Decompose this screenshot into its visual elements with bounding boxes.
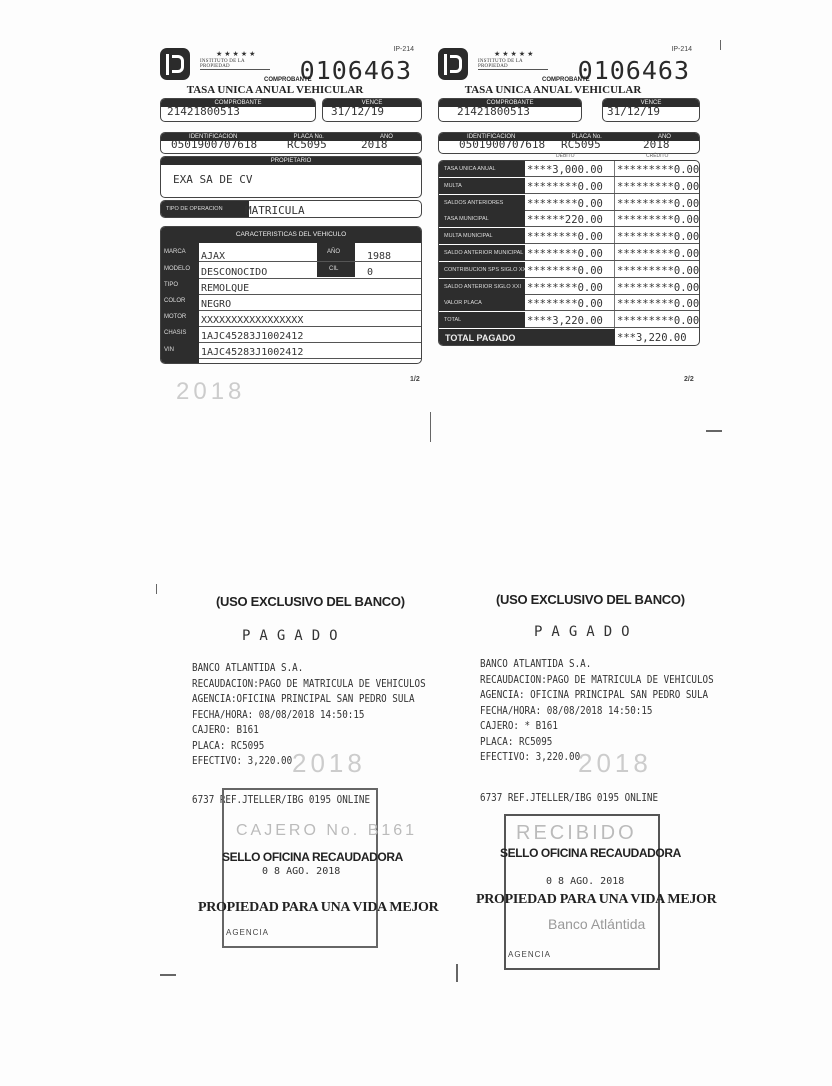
receipt-line: BANCO ATLANTIDA S.A. (480, 658, 591, 670)
color-value: NEGRO (201, 299, 231, 310)
sello-oficina: SELLO OFICINA RECAUDADORA (500, 846, 681, 860)
vence-date: 31/12/19 (607, 105, 660, 118)
fee-credito: *********0.00 (617, 282, 699, 294)
tipo-label: TIPO (164, 282, 178, 288)
fee-row-label: TOTAL (439, 312, 525, 328)
total-pagado-label: TOTAL PAGADO (445, 333, 515, 343)
faint-watermark: 2018 (176, 378, 245, 406)
stars-icon: ★★★★★ (216, 50, 257, 58)
scan-mark (456, 964, 458, 982)
fee-debito: ****3,000.00 (527, 164, 603, 176)
receipt-line: RECAUDACION:PAGO DE MATRICULA DE VEHICUL… (192, 678, 426, 690)
fee-credito: *********0.00 (617, 164, 699, 176)
receipt-line: AGENCIA:OFICINA PRINCIPAL SAN PEDRO SULA (192, 693, 415, 705)
receipt-line: BANCO ATLANTIDA S.A. (192, 662, 303, 674)
bank-section-left: (USO EXCLUSIVO DEL BANCO) PAGADO BANCO A… (186, 590, 476, 960)
receipt-line: CAJERO: B161 (192, 724, 259, 736)
placa-value: RC5095 (561, 138, 601, 151)
vin-label: VIN (164, 347, 174, 353)
fee-row-label: MULTA (439, 178, 525, 194)
total-pagado-value: ***3,220.00 (617, 332, 687, 344)
cil-value: 0 (367, 267, 373, 278)
scan-mark (430, 412, 431, 442)
page-number: 1/2 (410, 376, 420, 383)
vence-date: 31/12/19 (331, 105, 384, 118)
fee-credito: *********0.00 (617, 248, 699, 260)
field-label: TIPO DE OPERACION (161, 201, 249, 217)
cil-label: CIL (329, 266, 338, 272)
credito-header: CRÉDITO (646, 153, 668, 159)
fee-credito: *********0.00 (617, 198, 699, 210)
ano-value: 2018 (361, 138, 388, 151)
slogan: PROPIEDAD PARA UNA VIDA MEJOR (198, 900, 438, 916)
receipt-line: AGENCIA: OFICINA PRINCIPAL SAN PEDRO SUL… (480, 689, 708, 701)
institution-name: INSTITUTO DE LA PROPIEDAD (478, 59, 548, 70)
vence-field: VENCE 31/12/19 (322, 98, 422, 122)
section-title: CARACTERISTICAS DEL VEHICULO (161, 227, 421, 243)
fee-debito: ********0.00 (527, 181, 603, 193)
stamp-cashier-text: CAJERO No. B161 (236, 822, 417, 840)
bank-use-header: (USO EXCLUSIVO DEL BANCO) (216, 594, 405, 609)
fee-credito: *********0.00 (617, 181, 699, 193)
fee-row-label: SALDOS ANTERIORES (439, 195, 525, 211)
tipo-value: REMOLQUE (201, 283, 249, 294)
fee-row-label: CONTRIBUCION SPS SIGLO XXI (439, 262, 525, 278)
fee-row-label: MULTA MUNICIPAL (439, 228, 525, 244)
folio-number: 0106463 (300, 56, 412, 85)
faint-watermark: 2018 (578, 748, 652, 779)
fee-row-label: VALOR PLACA (439, 295, 525, 311)
institution-logo-icon (438, 48, 468, 80)
fee-row-label: TASA MUNICIPAL (439, 211, 525, 227)
motor-value: XXXXXXXXXXXXXXXXX (201, 315, 303, 326)
comprobante-number: 21421800513 (457, 105, 530, 118)
fee-credito: *********0.00 (617, 231, 699, 243)
agencia-label: AGENCIA (226, 928, 269, 937)
comprobante-caption: COMPROBANTE (542, 77, 590, 83)
identification-field: IDENTIFICACION PLACA No. AÑO 05019007076… (160, 132, 422, 154)
faint-watermark: 2018 (292, 748, 366, 779)
comprobante-caption: COMPROBANTE (264, 77, 312, 83)
color-label: COLOR (164, 298, 185, 304)
receipt-line: FECHA/HORA: 08/08/2018 14:50:15 (192, 709, 364, 721)
vence-field: VENCE 31/12/19 (602, 98, 700, 122)
modelo-value: DESCONOCIDO (201, 267, 267, 278)
vehicle-characteristics: CARACTERISTICAS DEL VEHICULO MARCA MODEL… (160, 226, 422, 364)
motor-label: MOTOR (164, 314, 186, 320)
debito-header: DÉBITO (556, 153, 575, 159)
modelo-label: MODELO (164, 266, 190, 272)
fee-debito: ****3,220.00 (527, 315, 603, 327)
stamp-received-text: RECIBIDO (516, 822, 637, 845)
page-number: 2/2 (684, 376, 694, 383)
reference-line: 6737 REF.JTELLER/IBG 0195 ONLINE (480, 792, 658, 804)
fee-debito: ********0.00 (527, 265, 603, 277)
fee-row-label: TASA UNICA ANUAL (439, 161, 525, 177)
institution-name: INSTITUTO DE LA PROPIEDAD (200, 59, 270, 70)
receipt-line: FECHA/HORA: 08/08/2018 14:50:15 (480, 705, 652, 717)
propietario-field: PROPIETARIO EXA SA DE CV (160, 156, 422, 198)
fee-debito: ********0.00 (527, 231, 603, 243)
placa-value: RC5095 (287, 138, 327, 151)
receipt-line: RECAUDACION:PAGO DE MATRICULA DE VEHICUL… (480, 674, 714, 686)
fee-credito: *********0.00 (617, 298, 699, 310)
bank-use-header: (USO EXCLUSIVO DEL BANCO) (496, 592, 685, 607)
institution-logo-icon (160, 48, 190, 80)
fee-debito: ********0.00 (527, 198, 603, 210)
comprobante-number: 21421800513 (167, 105, 240, 118)
paid-status: PAGADO (242, 628, 347, 644)
paid-status: PAGADO (534, 624, 639, 640)
fee-credito: *********0.00 (617, 315, 699, 327)
document-title: TASA UNICA ANUAL VEHICULAR (438, 84, 668, 96)
form-code: IP-214 (671, 46, 692, 53)
form-code: IP-214 (393, 46, 414, 53)
vin-value: 1AJC45283J1002412 (201, 347, 303, 358)
receipt-line: PLACA: RC5095 (480, 736, 552, 748)
scan-mark (720, 40, 721, 50)
tipo-operacion-value: MATRICULA (245, 204, 305, 217)
fee-row-label: SALDO ANTERIOR MUNICIPAL (439, 245, 525, 261)
agencia-label: AGENCIA (508, 950, 551, 959)
identificacion-value: 0501900707618 (459, 138, 545, 151)
bank-section-right: (USO EXCLUSIVO DEL BANCO) PAGADO BANCO A… (472, 590, 762, 970)
scan-mark (160, 974, 176, 976)
fee-debito: ********0.00 (527, 248, 603, 260)
ano-value: 2018 (643, 138, 670, 151)
stars-icon: ★★★★★ (494, 50, 535, 58)
marca-label: MARCA (164, 249, 186, 255)
receipt-line: PLACA: RC5095 (192, 740, 264, 752)
fee-debito: ******220.00 (527, 214, 603, 226)
field-label: PROPIETARIO (161, 157, 421, 165)
chasis-value: 1AJC45283J1002412 (201, 331, 303, 342)
receipt-line: CAJERO: * B161 (480, 720, 558, 732)
receipt-page-1: ★★★★★ INSTITUTO DE LA PROPIEDAD IP-214 0… (160, 40, 422, 380)
stamp-date: 0 8 AGO. 2018 (262, 866, 340, 877)
fee-credito: *********0.00 (617, 214, 699, 226)
slogan: PROPIEDAD PARA UNA VIDA MEJOR (476, 892, 716, 908)
propietario-value: EXA SA DE CV (173, 173, 252, 186)
fees-table: TOTAL PAGADO ***3,220.00 TASA UNICA ANUA… (438, 160, 700, 346)
receipt-line: EFECTIVO: 3,220.00 (192, 755, 292, 767)
receipt-page-2: ★★★★★ INSTITUTO DE LA PROPIEDAD IP-214 0… (438, 40, 700, 380)
document-title: TASA UNICA ANUAL VEHICULAR (160, 84, 390, 96)
fee-debito: ********0.00 (527, 282, 603, 294)
tipo-operacion-field: TIPO DE OPERACION MATRICULA (160, 200, 422, 218)
receipt-line: EFECTIVO: 3,220.00 (480, 751, 580, 763)
vehicle-ano-label: AÑO (327, 249, 340, 255)
fee-credito: *********0.00 (617, 265, 699, 277)
scan-mark (156, 584, 157, 594)
chasis-label: CHASIS (164, 330, 186, 336)
scan-mark (706, 430, 722, 432)
sello-oficina: SELLO OFICINA RECAUDADORA (222, 850, 403, 864)
fee-row-label: SALDO ANTERIOR SIGLO XXI (439, 279, 525, 295)
bank-name-stamp: Banco Atlántida (548, 916, 645, 932)
identification-field: IDENTIFICACION PLACA No. AÑO 05019007076… (438, 132, 700, 154)
folio-number: 0106463 (578, 56, 690, 85)
identificacion-value: 0501900707618 (171, 138, 257, 151)
comprobante-field: COMPROBANTE 21421800513 (160, 98, 316, 122)
comprobante-field: COMPROBANTE 21421800513 (438, 98, 582, 122)
stamp-date: 0 8 AGO. 2018 (546, 876, 624, 887)
fee-debito: ********0.00 (527, 298, 603, 310)
